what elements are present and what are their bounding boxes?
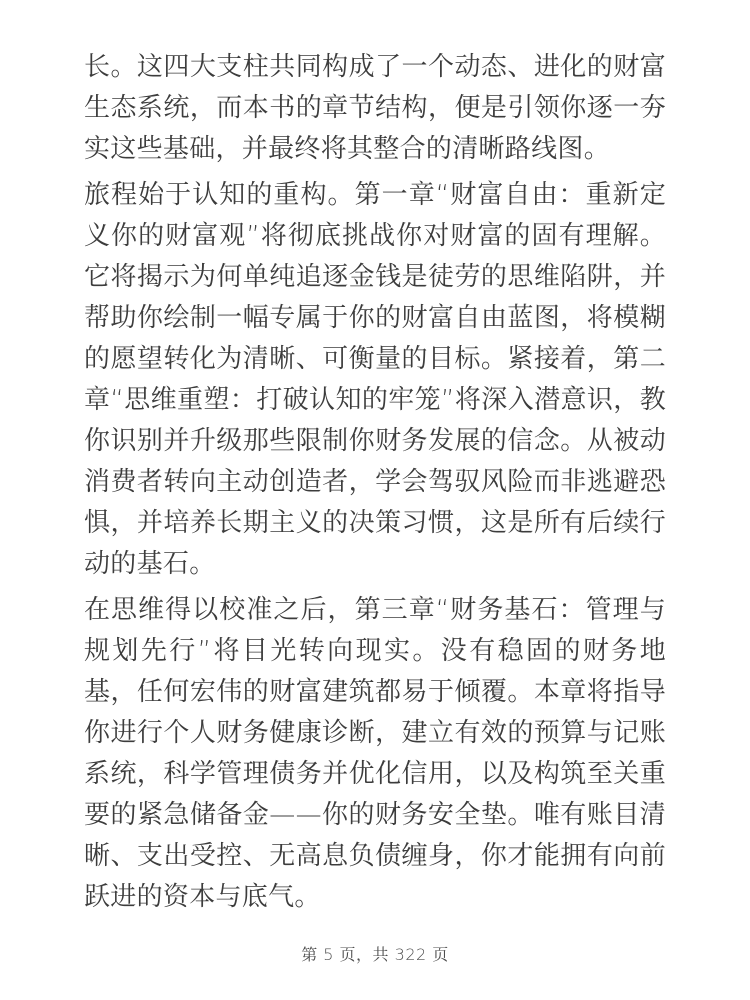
paragraph-2: 旅程始于认知的重构。第一章“财富自由：重新定义你的财富观”将彻底挑战你对财富的固… xyxy=(84,175,666,585)
paragraph-1: 长。这四大支柱共同构成了一个动态、进化的财富生态系统，而本书的章节结构，便是引领… xyxy=(84,47,666,170)
page-footer: 第 5 页，共 322 页 xyxy=(0,944,750,966)
document-page: 长。这四大支柱共同构成了一个动态、进化的财富生态系统，而本书的章节结构，便是引领… xyxy=(0,0,750,1000)
page-content: 长。这四大支柱共同构成了一个动态、进化的财富生态系统，而本书的章节结构，便是引领… xyxy=(84,47,666,923)
page-number-indicator: 第 5 页，共 322 页 xyxy=(301,945,449,964)
paragraph-3: 在思维得以校准之后，第三章“财务基石：管理与规划先行”将目光转向现实。没有稳固的… xyxy=(84,590,666,918)
